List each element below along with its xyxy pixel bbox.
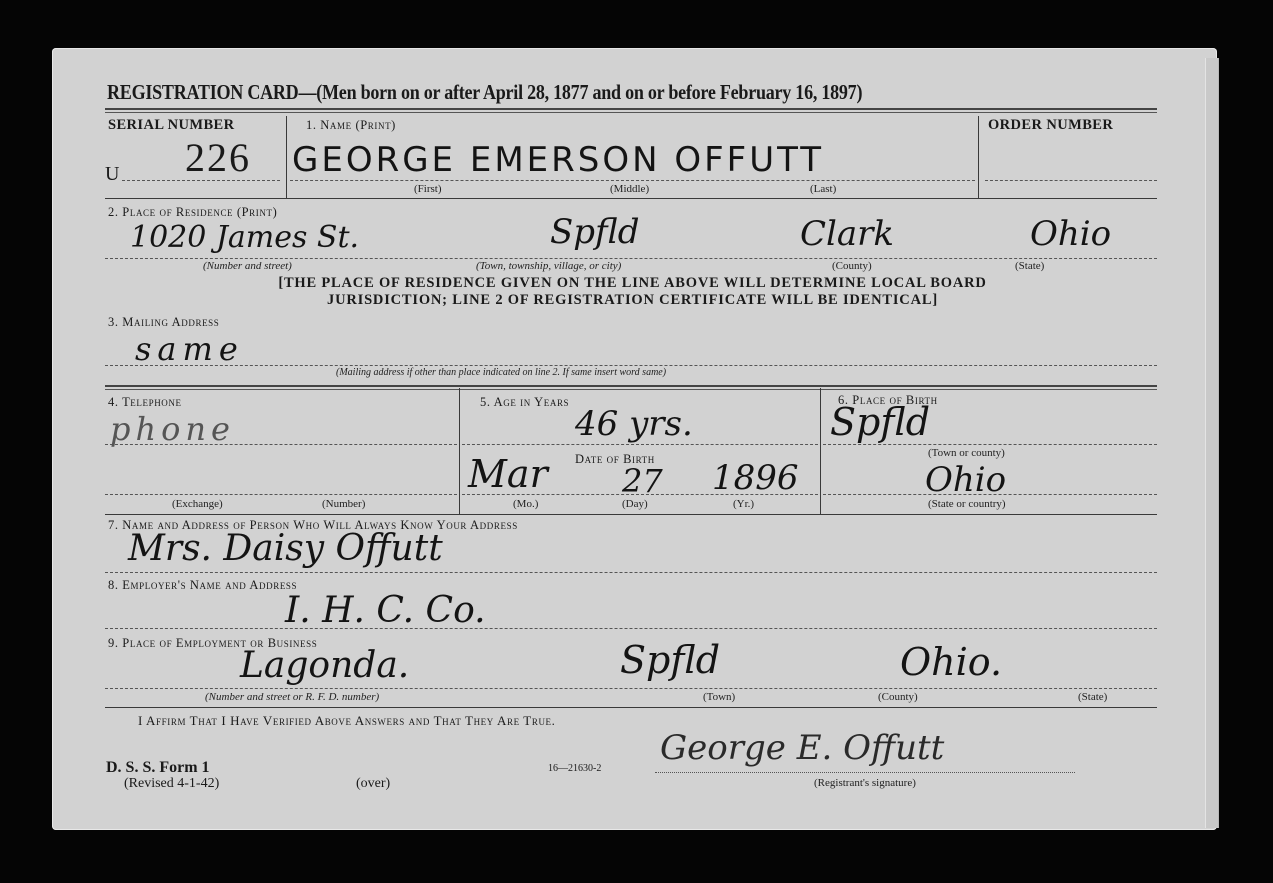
employment-line [105, 688, 1157, 689]
residence-notice: [THE PLACE OF RESIDENCE GIVEN ON THE LIN… [170, 275, 1095, 309]
birthplace-town-sublabel: (Town or county) [928, 447, 1005, 459]
mailing-sublabel: (Mailing address if other than place ind… [336, 367, 666, 378]
affirmation-text: I Affirm That I Have Verified Above Answ… [138, 713, 556, 729]
age-birth-divider [820, 388, 821, 514]
residence-label: 2. Place of Residence (Print) [108, 205, 277, 220]
dob-line [462, 494, 818, 495]
birthplace-state-sublabel: (State or country) [928, 498, 1006, 510]
residence-town: Spfld [550, 212, 640, 252]
employment-street: Lagonda. [240, 645, 409, 686]
row1-bottom [105, 198, 1157, 199]
dob-day-sublabel: (Day) [622, 498, 648, 510]
telephone-line-1 [105, 444, 457, 445]
order-line [985, 180, 1157, 181]
residence-street: 1020 James St. [130, 220, 359, 255]
residence-state-sublabel: (State) [1015, 260, 1044, 272]
tel-age-divider [459, 388, 460, 514]
residence-street-sublabel: (Number and street) [203, 260, 292, 272]
serial-line [122, 180, 280, 181]
card-title: REGISTRATION CARD—(Men born on or after … [107, 80, 862, 105]
contact-value: Mrs. Daisy Offutt [128, 528, 443, 569]
birthplace-line-1 [823, 444, 1157, 445]
dob-month: Mar [468, 452, 548, 496]
signature-line [655, 772, 1075, 773]
residence-state: Ohio [1030, 214, 1111, 254]
name-first-sublabel: (First) [414, 183, 442, 195]
residence-line [105, 258, 1157, 259]
serial-number-label: SERIAL NUMBER [108, 117, 234, 134]
mailing-line [105, 365, 1157, 366]
card-edge [1205, 58, 1219, 828]
mailing-label: 3. Mailing Address [108, 315, 219, 330]
residence-county-sublabel: (County) [832, 260, 872, 272]
birthplace-line-2 [823, 494, 1157, 495]
row4-bottom [105, 514, 1157, 515]
employer-label: 8. Employer's Name and Address [108, 578, 297, 593]
form-revised: (Revised 4-1-42) [124, 776, 219, 792]
contact-line [105, 572, 1157, 573]
name-last-sublabel: (Last) [810, 183, 836, 195]
age-value: 46 yrs. [575, 404, 693, 444]
dob-year: 1896 [712, 458, 799, 498]
row9-bottom [105, 707, 1157, 708]
registrant-signature: George E. Offutt [660, 728, 944, 768]
telephone-label: 4. Telephone [108, 395, 182, 410]
employment-town-sublabel: (Town) [703, 691, 735, 703]
employment-county-sublabel: (County) [878, 691, 918, 703]
employment-street-sublabel: (Number and street or R. F. D. number) [205, 691, 379, 703]
employment-county: Ohio. [900, 640, 1002, 684]
serial-prefix: U [105, 163, 119, 186]
form-number: D. S. S. Form 1 [106, 759, 210, 777]
name-label: 1. Name (Print) [306, 118, 396, 133]
mailing-value: same [135, 330, 244, 368]
title-divider [105, 108, 1157, 110]
dob-mo-sublabel: (Mo.) [513, 498, 538, 510]
notice-line-1: [THE PLACE OF RESIDENCE GIVEN ON THE LIN… [170, 275, 1095, 292]
residence-town-sublabel: (Town, township, village, or city) [476, 260, 621, 272]
serial-number-value: 226 [185, 134, 251, 181]
notice-line-2: JURISDICTION; LINE 2 OF REGISTRATION CER… [170, 292, 1095, 309]
residence-county: Clark [800, 214, 894, 254]
employer-line [105, 628, 1157, 629]
telephone-exchange-sublabel: (Exchange) [172, 498, 223, 510]
employment-town: Spfld [620, 638, 720, 682]
employer-value: I. H. C. Co. [285, 590, 486, 631]
employment-state-sublabel: (State) [1078, 691, 1107, 703]
name-line [290, 180, 975, 181]
print-code: 16—21630-2 [548, 763, 601, 774]
age-line [462, 444, 818, 445]
dob-yr-sublabel: (Yr.) [733, 498, 754, 510]
signature-sublabel: (Registrant's signature) [814, 777, 916, 789]
row3-bottom [105, 385, 1157, 387]
telephone-line-2 [105, 494, 457, 495]
serial-divider [286, 116, 287, 198]
name-value: GEORGE EMERSON OFFUTT [292, 140, 824, 180]
name-middle-sublabel: (Middle) [610, 183, 649, 195]
age-label: 5. Age in Years [480, 395, 569, 410]
telephone-value: phone [110, 410, 235, 448]
over-label: (over) [356, 776, 390, 792]
order-divider [978, 116, 979, 198]
order-number-label: ORDER NUMBER [988, 117, 1113, 134]
telephone-number-sublabel: (Number) [322, 498, 365, 510]
birthplace-town: Spfld [830, 400, 930, 444]
